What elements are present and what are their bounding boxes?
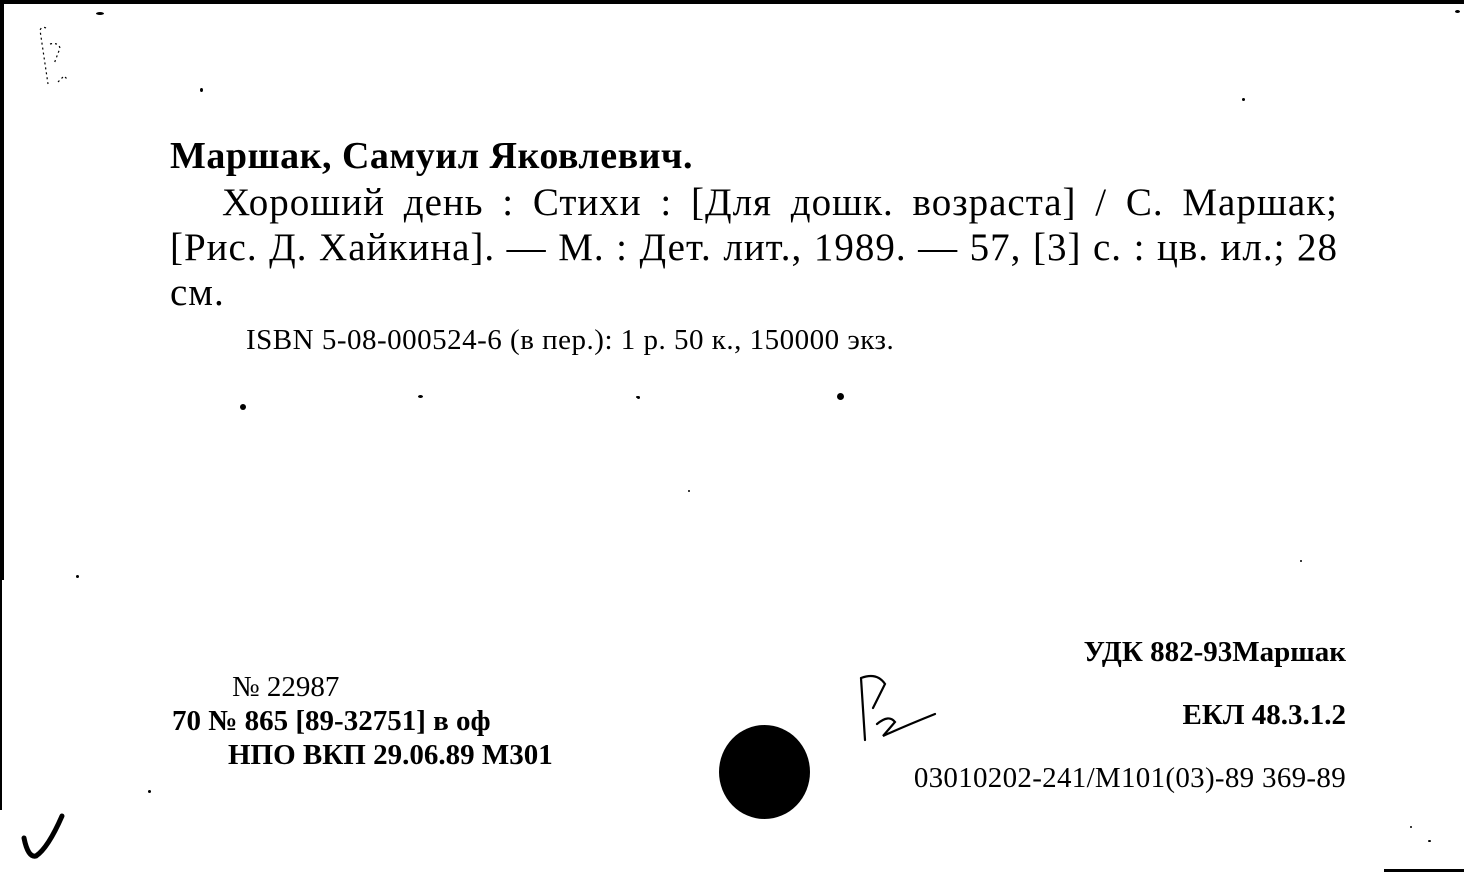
checkmark-icon xyxy=(18,812,68,864)
scan-speck xyxy=(1410,826,1412,828)
printer-info: НПО ВКП 29.06.89 М301 xyxy=(172,738,553,772)
isbn-line: ISBN 5-08-000524-6 (в пер.): 1 р. 50 к.,… xyxy=(246,324,894,357)
scan-speck xyxy=(1455,10,1460,13)
punch-hole xyxy=(719,725,810,819)
scan-speck xyxy=(200,88,203,92)
order-number: 70 № 865 [89-32751] в оф xyxy=(172,704,553,738)
scan-speck xyxy=(636,396,639,398)
scan-speck xyxy=(837,393,844,400)
scan-speck xyxy=(76,575,79,578)
print-info: № 22987 70 № 865 [89-32751] в оф НПО ВКП… xyxy=(172,670,553,772)
print-number: № 22987 xyxy=(172,670,553,704)
scan-border-top xyxy=(0,0,1464,4)
scan-speck xyxy=(1242,98,1245,101)
handwritten-initials-faint xyxy=(38,24,98,94)
bibliographic-description: Хороший день : Стихи : [Для дошк. возрас… xyxy=(170,180,1338,315)
ekl-code: ЕКЛ 48.3.1.2 xyxy=(914,699,1346,732)
scan-speck xyxy=(1428,840,1431,842)
scan-speck xyxy=(240,404,246,410)
catalog-card: Маршак, Самуил Яковлевич. Хороший день :… xyxy=(0,0,1464,872)
scan-border-left xyxy=(0,0,4,580)
scan-speck xyxy=(148,790,151,793)
handwritten-initials xyxy=(855,670,955,750)
scan-border-left-lower xyxy=(0,580,2,810)
scan-speck xyxy=(418,395,423,398)
scan-speck xyxy=(96,12,104,15)
scan-speck xyxy=(1300,560,1302,562)
author-heading: Маршак, Самуил Яковлевич. xyxy=(170,134,693,178)
classification-block: УДК 882-93Маршак ЕКЛ 48.3.1.2 03010202-2… xyxy=(914,636,1346,795)
catalog-code: 03010202-241/М101(03)-89 369-89 xyxy=(914,762,1346,795)
scan-speck xyxy=(688,490,690,492)
udk-code: УДК 882-93Маршак xyxy=(914,636,1346,669)
